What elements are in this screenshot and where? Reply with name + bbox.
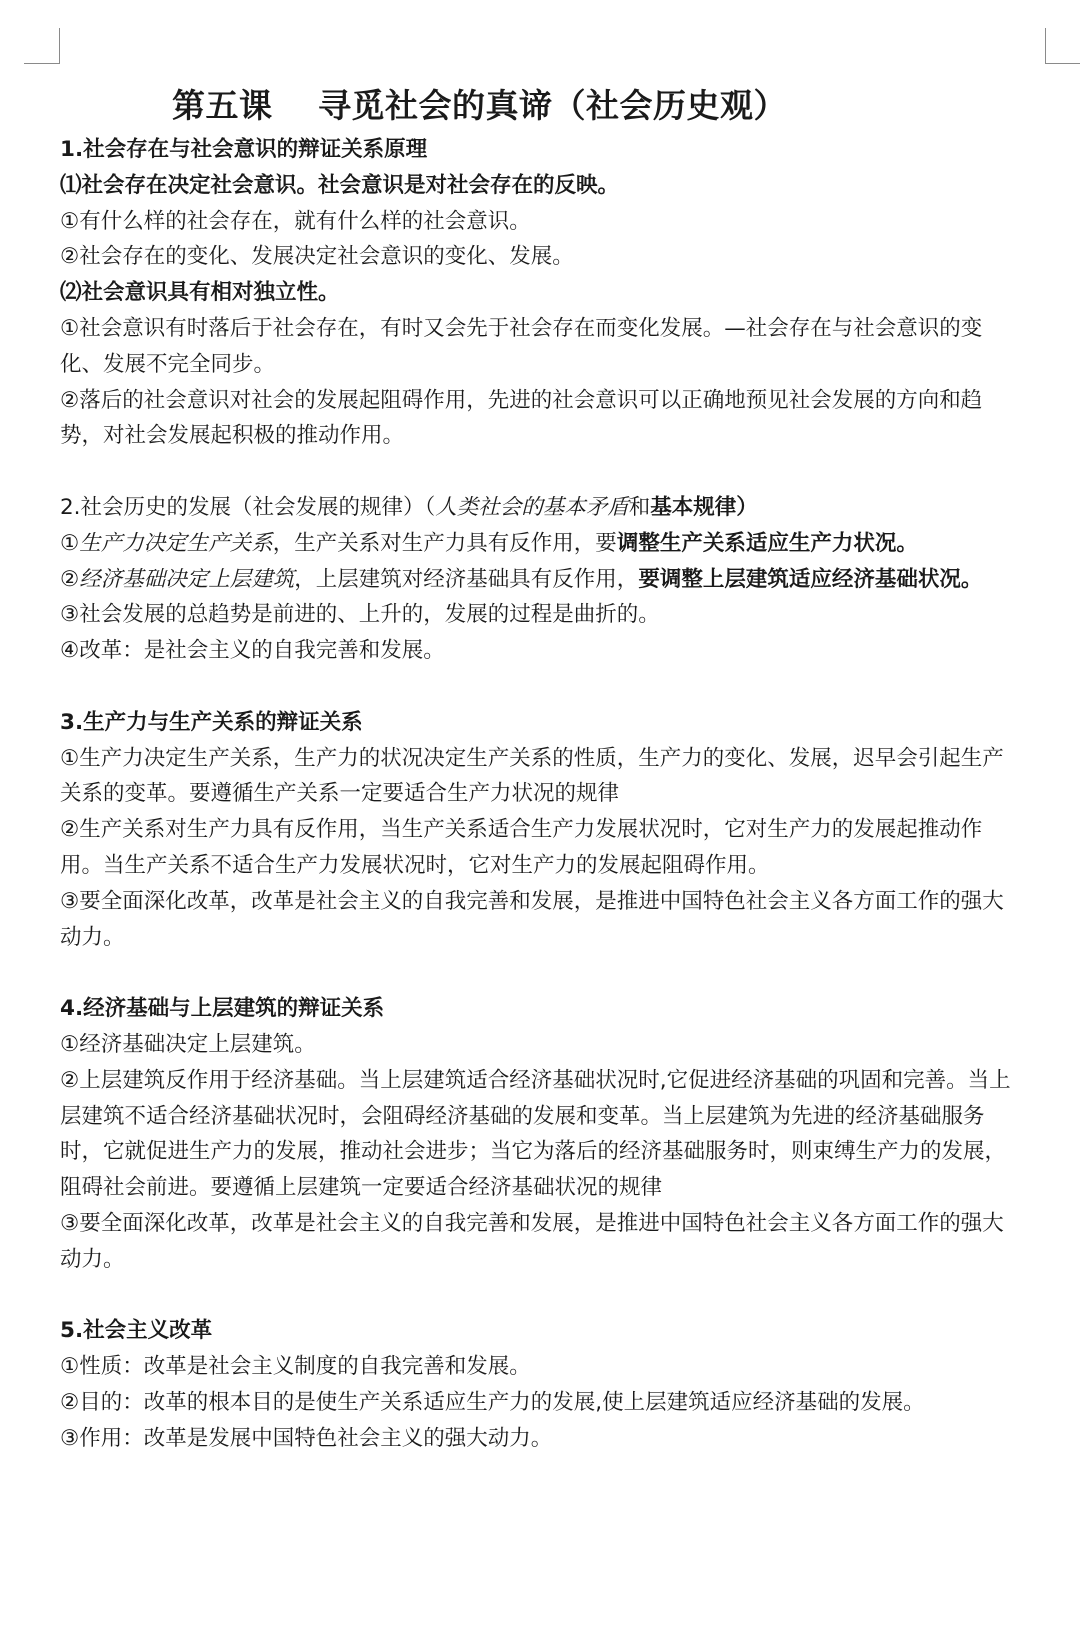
section-2: 2.社会历史的发展（社会发展的规律）（人类社会的基本矛盾和基本规律） ①生产力决… [60,490,1020,669]
list-item: ①社会意识有时落后于社会存在，有时又会先于社会存在而变化发展。—社会存在与社会意… [60,311,1020,383]
heading-text: 2.社会历史的发展（社会发展的规律）（ [60,495,435,520]
list-item: ③社会发展的总趋势是前进的、上升的，发展的过程是曲折的。 [60,597,1020,633]
list-item: ①生产力决定生产关系，生产关系对生产力具有反作用，要调整生产关系适应生产力状况。 [60,526,1020,562]
list-item: ①生产力决定生产关系，生产力的状况决定生产关系的性质，生产力的变化、发展，迟早会… [60,741,1020,813]
item-emphasis: 生产力决定生产关系 [79,531,273,556]
item-emphasis: 经济基础决定上层建筑 [79,567,294,592]
item-number: ① [60,531,79,556]
document-title: 第五课 寻觅社会的真谛（社会历史观） [60,80,1020,132]
item-strong: 要调整上层建筑适应经济基础状况。 [638,567,982,592]
paragraph-spacer [60,955,1020,991]
section-4: 4.经济基础与上层建筑的辩证关系 ①经济基础决定上层建筑。 ②上层建筑反作用于经… [60,991,1020,1277]
list-item: ②落后的社会意识对社会的发展起阻碍作用，先进的社会意识可以正确地预见社会发展的方… [60,383,1020,455]
list-item: ②经济基础决定上层建筑，上层建筑对经济基础具有反作用，要调整上层建筑适应经济基础… [60,562,1020,598]
subheading: ⑴社会存在决定社会意识。社会意识是对社会存在的反映。 [60,168,1020,204]
document-page: 第五课 寻觅社会的真谛（社会历史观） 1.社会存在与社会意识的辩证关系原理 ⑴社… [60,80,1020,1456]
section-heading: 5.社会主义改革 [60,1313,1020,1349]
list-item: ①有什么样的社会存在，就有什么样的社会意识。 [60,204,1020,240]
paragraph-spacer [60,454,1020,490]
list-item: ③作用：改革是发展中国特色社会主义的强大动力。 [60,1421,1020,1457]
heading-strong: 基本规律） [650,495,758,520]
list-item: ②目的：改革的根本目的是使生产关系适应生产力的发展,使上层建筑适应经济基础的发展… [60,1385,1020,1421]
heading-emphasis: 人类社会的基本矛盾 [435,495,629,520]
list-item: ③要全面深化改革，改革是社会主义的自我完善和发展，是推进中国特色社会主义各方面工… [60,884,1020,956]
heading-text: 和 [629,495,651,520]
item-text: ，上层建筑对经济基础具有反作用， [294,567,638,592]
list-item: ①性质：改革是社会主义制度的自我完善和发展。 [60,1349,1020,1385]
list-item: ②社会存在的变化、发展决定社会意识的变化、发展。 [60,239,1020,275]
section-heading: 2.社会历史的发展（社会发展的规律）（人类社会的基本矛盾和基本规律） [60,490,1020,526]
section-heading: 1.社会存在与社会意识的辩证关系原理 [60,132,1020,168]
list-item: ②生产关系对生产力具有反作用，当生产关系适合生产力发展状况时，它对生产力的发展起… [60,812,1020,884]
section-heading: 4.经济基础与上层建筑的辩证关系 [60,991,1020,1027]
page-corner-marker-top-right [1045,28,1080,64]
item-text: ，生产关系对生产力具有反作用，要 [273,531,617,556]
page-corner-marker-top-left [24,28,60,64]
section-heading: 3.生产力与生产关系的辩证关系 [60,705,1020,741]
list-item: ①经济基础决定上层建筑。 [60,1027,1020,1063]
section-1: 1.社会存在与社会意识的辩证关系原理 ⑴社会存在决定社会意识。社会意识是对社会存… [60,132,1020,454]
list-item: ④改革：是社会主义的自我完善和发展。 [60,633,1020,669]
list-item: ②上层建筑反作用于经济基础。当上层建筑适合经济基础状况时,它促进经济基础的巩固和… [60,1063,1020,1206]
paragraph-spacer [60,1278,1020,1314]
item-number: ② [60,567,79,592]
subheading: ⑵社会意识具有相对独立性。 [60,275,1020,311]
section-3: 3.生产力与生产关系的辩证关系 ①生产力决定生产关系，生产力的状况决定生产关系的… [60,705,1020,956]
paragraph-spacer [60,669,1020,705]
section-5: 5.社会主义改革 ①性质：改革是社会主义制度的自我完善和发展。 ②目的：改革的根… [60,1313,1020,1456]
list-item: ③要全面深化改革，改革是社会主义的自我完善和发展，是推进中国特色社会主义各方面工… [60,1206,1020,1278]
item-strong: 调整生产关系适应生产力状况。 [617,531,918,556]
